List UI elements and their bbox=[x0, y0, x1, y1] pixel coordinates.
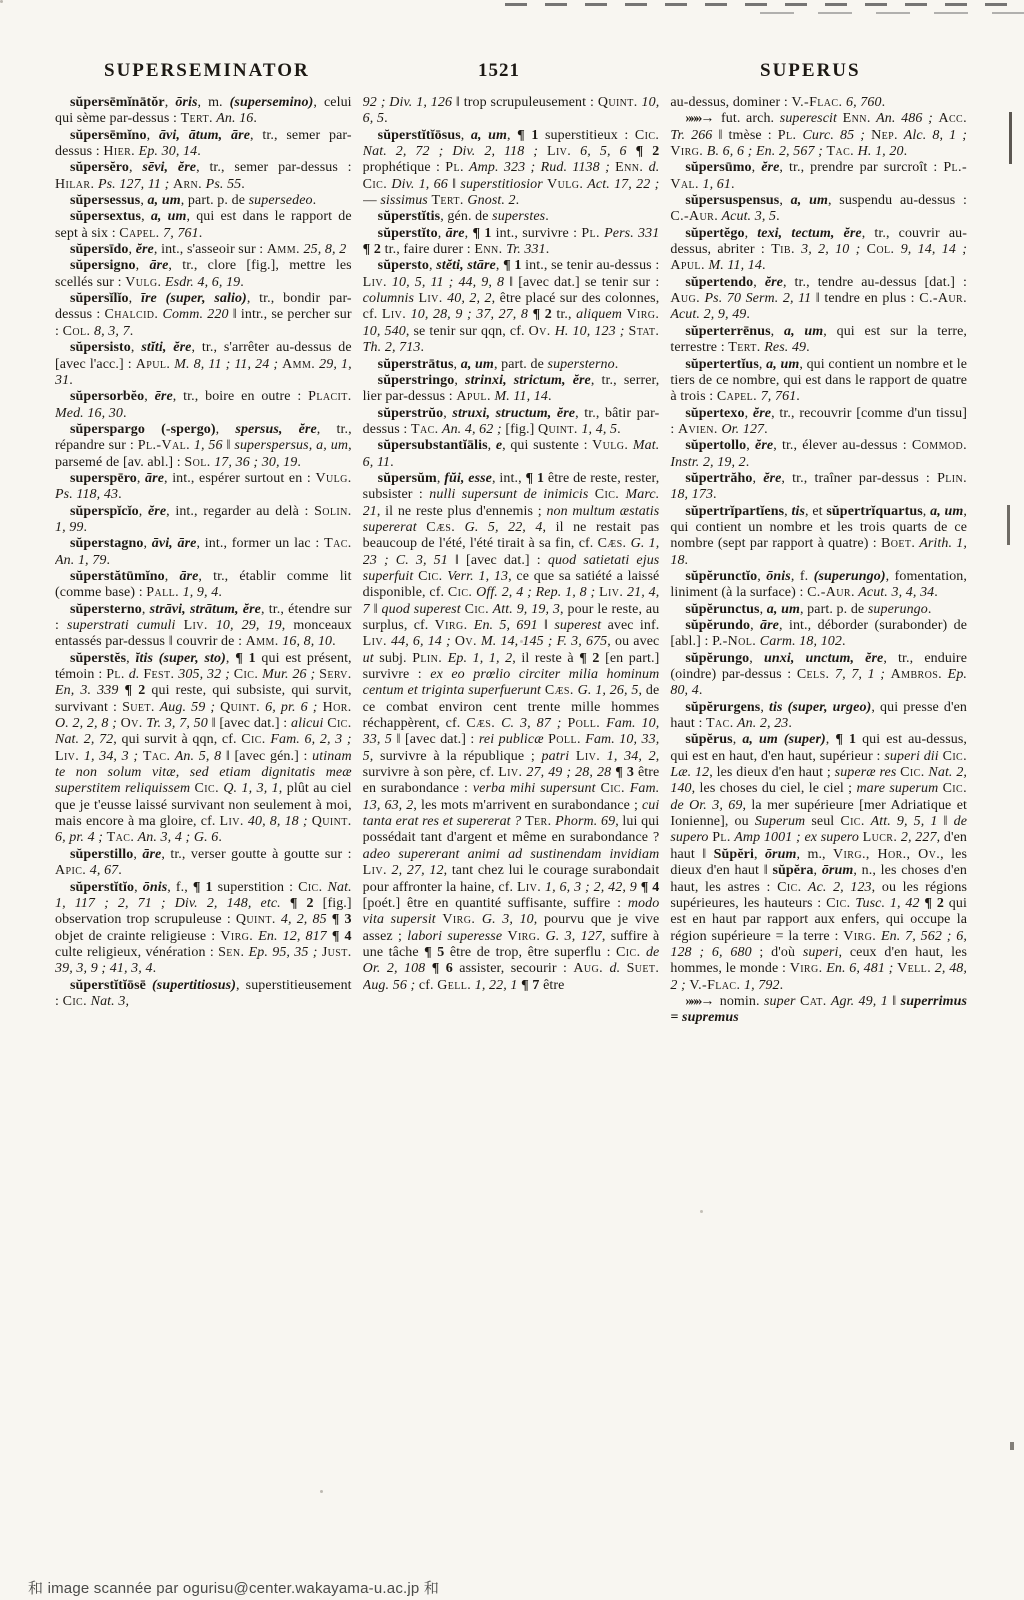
entry-text: a, um bbox=[784, 324, 823, 339]
entry-text: , tr., boire en outre : bbox=[173, 389, 308, 404]
entry-text: , m., bbox=[796, 847, 833, 862]
entry-text: , bbox=[826, 732, 836, 747]
entry-text: Læ. 12 bbox=[670, 765, 709, 780]
entry-text: Liv. bbox=[184, 618, 208, 633]
entry-text: Nat. 2, 72 bbox=[55, 732, 113, 747]
entry-text: 6, 760 bbox=[842, 95, 881, 110]
entry-text: ¶ 3 bbox=[332, 912, 352, 927]
headword: sŭpersēmĭnātŏr bbox=[70, 95, 165, 110]
entry-text: Liv. bbox=[599, 585, 623, 600]
entry-text: ¶ 1 bbox=[193, 880, 213, 895]
entry-text: An. 1, 79 bbox=[55, 553, 106, 568]
entry-text: . bbox=[118, 487, 122, 502]
entry-text: , bbox=[454, 373, 465, 388]
entry-text: 27, 49 ; 28, 28 bbox=[522, 765, 611, 780]
dictionary-entry: sŭpersigno, āre, tr., clore [fig.], mett… bbox=[55, 258, 352, 291]
entry-text: Pall. bbox=[146, 585, 179, 600]
scan-artifact-tick bbox=[1009, 112, 1012, 164]
entry-text: , part. p. de bbox=[181, 193, 249, 208]
entry-text: Plin. bbox=[412, 651, 442, 666]
running-head-last-word: SUPERUS bbox=[760, 60, 861, 82]
entry-text: Cæs. bbox=[545, 683, 574, 698]
entry-text: C. 3, 87 ; bbox=[495, 716, 567, 731]
dictionary-entry: sŭpersessus, a, um, part. p. de supersed… bbox=[55, 193, 352, 209]
entry-text: ¶ 1 bbox=[517, 128, 538, 143]
entry-text: Ov. bbox=[121, 716, 143, 731]
entry-text: , survivre à la république ; bbox=[370, 749, 542, 764]
dictionary-entry: sŭperspargo (-spergo), spersus, ĕre, tr.… bbox=[55, 422, 352, 471]
entry-text: G. 1, 26, 5 bbox=[574, 683, 639, 698]
entry-text: . bbox=[545, 209, 549, 224]
text-columns: sŭpersēmĭnātŏr, ōris, m. (supersemino), … bbox=[55, 95, 967, 1565]
entry-text: Enn. bbox=[474, 242, 502, 257]
entry-text: . bbox=[617, 422, 621, 437]
entry-text: ‖ bbox=[937, 814, 953, 829]
entry-text: être bbox=[540, 978, 565, 993]
headword: sŭpersēmĭno bbox=[70, 128, 147, 143]
entry-text: . bbox=[928, 602, 932, 617]
entry-text: Virg. bbox=[626, 307, 659, 322]
entry-text: ; d'où bbox=[752, 945, 803, 960]
entry-text: Amm. bbox=[267, 242, 300, 257]
entry-text: , les choses du ciel, le ciel ; bbox=[692, 781, 857, 796]
entry-text: Poll. bbox=[548, 732, 581, 747]
entry-text: An. 4, 62 ; bbox=[439, 422, 502, 437]
scan-artifact-dashed-line bbox=[505, 3, 1024, 6]
entry-text: Tr. 266 bbox=[670, 128, 712, 143]
entry-text: , il ne reste plus d'ennemis ; bbox=[377, 504, 547, 519]
entry-text: Med. 16, 30 bbox=[55, 406, 123, 421]
entry-text: Cic. bbox=[363, 177, 387, 192]
dictionary-entry: »»»→ fut. arch. superescit Enn. An. 486 … bbox=[670, 111, 967, 160]
entry-text: , bbox=[784, 504, 791, 519]
entry-text: . bbox=[153, 961, 157, 976]
dictionary-entry: sŭperstĭto, āre, ¶ 1 int., survivre : Pl… bbox=[363, 226, 660, 259]
entry-text: , bbox=[226, 651, 235, 666]
entry-text: 7, 761 bbox=[757, 389, 796, 404]
headword: sŭpertexo bbox=[685, 406, 744, 421]
entry-text: Amp. 323 ; Rud. 1138 ; bbox=[464, 160, 615, 175]
entry-text: Acut. 2, 9, 49 bbox=[670, 307, 746, 322]
entry-text: . bbox=[548, 389, 552, 404]
dictionary-entry: sŭperstringo, strinxi, strictum, ĕre, tr… bbox=[363, 373, 660, 406]
entry-text: , bbox=[771, 324, 784, 339]
entry-text: 1, 792 bbox=[740, 978, 779, 993]
entry-text: Cic. bbox=[943, 749, 967, 764]
entry-text: āvi, ātum, āre bbox=[159, 128, 250, 143]
entry-text: Commod. bbox=[912, 438, 967, 453]
entry-text: . bbox=[123, 406, 127, 421]
entry-text: ‖ [avec dat.] : bbox=[208, 716, 291, 731]
headword: sŭpertollo bbox=[685, 438, 746, 453]
dictionary-entry: sŭpersto, stĕti, stāre, ¶ 1 int., se ten… bbox=[363, 258, 660, 356]
dictionary-entry: sŭpĕrus, a, um (super), ¶ 1 qui est au-d… bbox=[670, 732, 967, 994]
entry-text: ¶ 4 bbox=[641, 880, 660, 895]
entry-text: superstitiosior bbox=[460, 177, 542, 192]
dictionary-entry: sŭperstĭtis, gén. de superstes. bbox=[363, 209, 660, 225]
entry-text: Th. 2, 713 bbox=[363, 340, 421, 355]
entry-text: An. 2, 23 bbox=[734, 716, 789, 731]
entry-text: . bbox=[218, 585, 222, 600]
entry-text: nomin. bbox=[715, 994, 764, 1009]
headword: sŭpertrĭquartus bbox=[826, 504, 922, 519]
entry-text: Cic. bbox=[600, 781, 624, 796]
entry-text: objet de crainte religieuse : bbox=[55, 929, 220, 944]
entry-text: ‖ trop scrupuleusement : bbox=[452, 95, 598, 110]
entry-text: , tr., traîner par-dessus : bbox=[781, 471, 937, 486]
entry-text: 2, 27, 12 bbox=[387, 863, 444, 878]
headword: sŭpĕrungo bbox=[685, 651, 749, 666]
entry-text: , bbox=[779, 193, 790, 208]
entry-text: Quint. bbox=[598, 95, 638, 110]
entry-text: Vulg. bbox=[547, 177, 583, 192]
entry-text: 6, 5, 6 bbox=[571, 144, 626, 159]
entry-text: tr., faire durer : bbox=[381, 242, 474, 257]
entry-text: , bbox=[133, 847, 142, 862]
entry-text: Res. 49 bbox=[761, 340, 807, 355]
entry-text: Cic. bbox=[616, 945, 640, 960]
entry-text: . bbox=[685, 553, 689, 568]
entry-text: , f. bbox=[791, 569, 814, 584]
entry-text: , bbox=[140, 193, 147, 208]
entry-text: . bbox=[776, 209, 780, 224]
entry-text: En, 3. 339 bbox=[55, 683, 118, 698]
entry-text: An. 486 ; bbox=[871, 111, 939, 126]
entry-text: , bbox=[745, 226, 758, 241]
entry-text: ēre bbox=[155, 389, 173, 404]
entry-text: int., survivre : bbox=[491, 226, 581, 241]
entry-text: 7, 7, 1 ; bbox=[829, 667, 890, 682]
entry-text: , bbox=[746, 438, 755, 453]
entry-text: ĕre bbox=[753, 406, 771, 421]
entry-text: , bbox=[754, 847, 765, 862]
dictionary-entry: sŭpersuspensus, a, um, suspendu au-dessu… bbox=[670, 193, 967, 226]
entry-text: M. 11, 14 bbox=[705, 258, 762, 273]
entry-text: , qui survit à qqn, cf. bbox=[113, 732, 241, 747]
entry-text: Tert. bbox=[728, 340, 760, 355]
entry-text: Gell. bbox=[437, 978, 471, 993]
running-head-first-word: SUPERSEMINATOR bbox=[104, 60, 310, 82]
entry-text: Pl.-Val. bbox=[138, 438, 190, 453]
entry-text: ĕre bbox=[765, 275, 783, 290]
entry-text: . bbox=[69, 373, 73, 388]
dictionary-entry: sŭpersēmĭnātŏr, ōris, m. (supersemino), … bbox=[55, 95, 352, 128]
entry-text: Virg. bbox=[843, 929, 876, 944]
entry-text: Fam. 6, 2, 3 ; bbox=[266, 732, 352, 747]
entry-text: . bbox=[842, 634, 846, 649]
entry-text: . bbox=[746, 307, 750, 322]
entry-text: , bbox=[129, 160, 142, 175]
entry-text: Enn. bbox=[843, 111, 871, 126]
headword: Sŭpĕri bbox=[714, 847, 754, 862]
entry-text: Div. 1, 66 bbox=[387, 177, 448, 192]
dictionary-entry: sŭpersēmĭno, āvi, ātum, āre, tr., semer … bbox=[55, 128, 352, 161]
entry-text: Cic. bbox=[195, 781, 219, 796]
entry-text: Cic. bbox=[826, 896, 850, 911]
entry-text: 8, 3, 7 bbox=[90, 324, 129, 339]
headword: sŭperterrēnus bbox=[685, 324, 770, 339]
entry-text: Liv. bbox=[363, 634, 387, 649]
scan-artifact-tick bbox=[1007, 505, 1010, 545]
entry-text: Fest. bbox=[143, 667, 174, 682]
entry-text: , bbox=[454, 357, 461, 372]
entry-text: 40, 2, 2 bbox=[443, 291, 492, 306]
entry-text: Virg. bbox=[507, 929, 540, 944]
headword: sŭpertrĭpartĭens bbox=[685, 504, 784, 519]
headword: sŭpĕrus bbox=[685, 732, 732, 747]
entry-text: Acut. 3, 5 bbox=[718, 209, 776, 224]
dictionary-entry: sŭpersextus, a, um, qui est dans le rapp… bbox=[55, 209, 352, 242]
entry-text: Vulg. bbox=[316, 471, 352, 486]
dictionary-entry: sŭpĕrundo, āre, int., déborder (surabond… bbox=[670, 618, 967, 651]
entry-text: Hier. bbox=[103, 144, 135, 159]
entry-text: , bbox=[750, 618, 760, 633]
entry-text: Cic. bbox=[840, 814, 864, 829]
entry-text: Cic. bbox=[234, 667, 258, 682]
entry-text: 40, 8, 18 ; bbox=[244, 814, 312, 829]
entry-text: struxi, structum, ĕre bbox=[452, 406, 575, 421]
headword: superspēro bbox=[70, 471, 137, 486]
entry-text: , qui sustente : bbox=[502, 438, 592, 453]
entry-text: Liv. bbox=[55, 749, 79, 764]
entry-text: . bbox=[199, 226, 203, 241]
entry-text: Virg. bbox=[220, 929, 253, 944]
headword: sŭpĕrunctus bbox=[685, 602, 759, 617]
entry-text: Apul. bbox=[670, 258, 705, 273]
entry-text bbox=[627, 144, 636, 159]
entry-text: de Or. 3, 69 bbox=[670, 798, 742, 813]
entry-text: An. 16 bbox=[213, 111, 254, 126]
entry-text: Liv. bbox=[220, 814, 244, 829]
entry-text: En. 6, 481 ; bbox=[823, 961, 898, 976]
entry-text: O. 2, 2, 8 ; bbox=[55, 716, 121, 731]
entry-text: Pl. bbox=[712, 830, 731, 845]
entry-text: ¶ 5 bbox=[424, 945, 444, 960]
entry-text: G. 5, 22, 4 bbox=[455, 520, 542, 535]
entry-text: seul bbox=[805, 814, 840, 829]
entry-text: alicui bbox=[291, 716, 323, 731]
entry-text: . bbox=[390, 455, 394, 470]
column-1: sŭpersēmĭnātŏr, ōris, m. (supersemino), … bbox=[55, 95, 352, 1565]
entry-text: Ambros. bbox=[891, 667, 942, 682]
entry-text: texi, tectum, ĕre bbox=[757, 226, 861, 241]
entry-text: āre bbox=[446, 226, 465, 241]
entry-text: (supertitiosus) bbox=[152, 978, 236, 993]
scan-artifact-tick bbox=[1010, 1442, 1014, 1450]
entry-text: adeo supererant animi ad sustinendam inv… bbox=[363, 847, 660, 862]
entry-text: Just. bbox=[322, 945, 352, 960]
entry-text: Cic. bbox=[418, 569, 442, 584]
entry-text: . bbox=[764, 422, 768, 437]
entry-text: Acc. bbox=[938, 111, 967, 126]
entry-text: . bbox=[904, 144, 908, 159]
entry-text: ¶ 3 bbox=[615, 765, 634, 780]
entry-text: ¶ 2 bbox=[125, 683, 146, 698]
scan-artifact-speck bbox=[0, 0, 3, 3]
entry-text: Ps. 118, 43 bbox=[55, 487, 118, 502]
entry-text: Hilar. bbox=[55, 177, 94, 192]
entry-text: ‖ tendre en plus : bbox=[811, 291, 919, 306]
entry-text: Lucr. bbox=[863, 830, 898, 845]
headword: sŭpersigno bbox=[70, 258, 136, 273]
entry-text: , bbox=[129, 291, 141, 306]
entry-text: Capel. bbox=[717, 389, 757, 404]
headword: sŭpersuspensus bbox=[685, 193, 779, 208]
entry-text: 1, 22, 1 bbox=[471, 978, 517, 993]
entry-text: superi bbox=[803, 945, 839, 960]
entry-text: d. bbox=[643, 160, 659, 175]
entry-text bbox=[176, 618, 184, 633]
entry-text: Nat. 2, 72 ; Div. 2, 118 ; bbox=[363, 144, 547, 159]
entry-text: 92 ; Div. 1, 126 bbox=[363, 95, 452, 110]
remark-arrow-icon: »»»→ bbox=[685, 994, 715, 1009]
entry-text: . bbox=[731, 177, 735, 192]
entry-text: superstrati cumuli bbox=[67, 618, 176, 633]
entry-text: d. bbox=[125, 667, 143, 682]
entry-text: Cic. bbox=[63, 994, 87, 1009]
dictionary-entry: sŭpersīdo, ĕre, int., s'asseoir sur : Am… bbox=[55, 242, 352, 258]
entry-text: G. 3, 10 bbox=[475, 912, 534, 927]
entry-text: ¶ 1 bbox=[235, 651, 256, 666]
entry-text: Amp 1001 ; bbox=[731, 830, 801, 845]
entry-text: , bbox=[165, 569, 180, 584]
entry-text: C.-Aur. bbox=[670, 209, 718, 224]
entry-text: columnis bbox=[363, 291, 414, 306]
entry-text: C.-Aur. bbox=[807, 585, 855, 600]
entry-text: H. 1, 20 bbox=[854, 144, 904, 159]
entry-text: Stat. bbox=[629, 324, 660, 339]
entry-text: int., se tenir au-dessus : bbox=[522, 258, 660, 273]
entry-text: , bbox=[139, 504, 148, 519]
entry-text: Hor. bbox=[323, 700, 352, 715]
dictionary-entry: sŭpersorbĕo, ēre, tr., boire en outre : … bbox=[55, 389, 352, 422]
entry-text: 10, 540 bbox=[363, 324, 406, 339]
entry-text: ĕre bbox=[763, 471, 781, 486]
entry-text: — bbox=[363, 193, 381, 208]
dictionary-entry: sŭpĕrunctus, a, um, part. p. de superung… bbox=[670, 602, 967, 618]
entry-text: Aug. bbox=[573, 961, 603, 976]
dictionary-entry: sŭpertexo, ĕre, tr., recouvrir [comme d'… bbox=[670, 406, 967, 439]
dictionary-entry: 92 ; Div. 1, 126 ‖ trop scrupuleusement … bbox=[363, 95, 660, 128]
entry-text: prophétique : bbox=[363, 160, 446, 175]
entry-text: Comm. 220 bbox=[158, 307, 228, 322]
entry-text: Ac. 2, 123 bbox=[802, 880, 872, 895]
entry-text: 44, 6, 14 ; bbox=[387, 634, 455, 649]
dictionary-entry: sŭpersūmo, ĕre, tr., prendre par surcroî… bbox=[670, 160, 967, 193]
entry-text: ōnis bbox=[143, 880, 168, 895]
entry-text: ōrum bbox=[822, 863, 854, 878]
entry-text: Quint. bbox=[220, 700, 260, 715]
headword: sŭperstrātus bbox=[378, 357, 454, 372]
entry-text: a, um bbox=[148, 193, 181, 208]
entry-text: . bbox=[746, 455, 750, 470]
entry-text: 6, pr. 4 ; bbox=[55, 830, 107, 845]
entry-text: Att. 9, 5, 1 bbox=[865, 814, 938, 829]
entry-text: ¶ 7 bbox=[521, 978, 539, 993]
entry-text: Cels. bbox=[797, 667, 830, 682]
entry-text: 25, 8, 2 bbox=[300, 242, 346, 257]
entry-text: superæ res bbox=[835, 765, 897, 780]
entry-text: Liv. bbox=[363, 863, 387, 878]
entry-text: Cic. bbox=[327, 716, 351, 731]
entry-text: . bbox=[297, 455, 301, 470]
entry-text: , bbox=[461, 128, 471, 143]
entry-text: ¶ 1 bbox=[526, 471, 545, 486]
entry-text: Cic. bbox=[465, 602, 489, 617]
headword: sŭpersīdo bbox=[70, 242, 128, 257]
entry-text: Col. bbox=[63, 324, 91, 339]
entry-text: , bbox=[144, 389, 154, 404]
entry-text: assister, secourir : bbox=[453, 961, 574, 976]
entry-text: , les dieux d'en haut ; bbox=[709, 765, 834, 780]
scan-artifact-dashed-line bbox=[760, 12, 1024, 14]
entry-text: Plin. bbox=[937, 471, 967, 486]
entry-text: Avien. bbox=[678, 422, 718, 437]
headword: sŭperstĭto bbox=[378, 226, 438, 241]
entry-text: , f., bbox=[167, 880, 193, 895]
entry-text: āre bbox=[145, 471, 164, 486]
entry-text: . bbox=[118, 863, 122, 878]
dictionary-entry: superspēro, āre, int., espérer surtout e… bbox=[55, 471, 352, 504]
entry-text: Tr. 331 bbox=[503, 242, 546, 257]
entry-text: An. 3, 4 ; G. 6 bbox=[134, 830, 218, 845]
entry-text: . bbox=[84, 520, 88, 535]
entry-text: Nep. bbox=[871, 128, 898, 143]
entry-text: āre bbox=[149, 258, 168, 273]
entry-text: , tr., verser goutte à goutte sur : bbox=[161, 847, 351, 862]
headword: sŭpersĭlĭo bbox=[70, 291, 129, 306]
entry-text: Ps. 70 Serm. 2, 11 bbox=[700, 291, 811, 306]
entry-text: Carm. 18, 102 bbox=[756, 634, 842, 649]
entry-text: Att. 9, 19, 3 bbox=[489, 602, 560, 617]
entry-text: a, um bbox=[471, 128, 507, 143]
entry-text: M. 11, 14 bbox=[491, 389, 548, 404]
entry-text: Or. 127 bbox=[718, 422, 764, 437]
entry-text: Cic. bbox=[777, 880, 801, 895]
headword: sŭperstillo bbox=[70, 847, 133, 862]
entry-text: ¶ 1 bbox=[472, 226, 491, 241]
entry-text: . bbox=[313, 193, 317, 208]
entry-text: Pers. 331 bbox=[600, 226, 659, 241]
dictionary-entry: sŭperspĭcĭo, ĕre, int., regarder au delà… bbox=[55, 504, 352, 537]
headword: sŭpertĕgo bbox=[685, 226, 744, 241]
entry-text: nulli supersunt de inimicis bbox=[429, 487, 588, 502]
entry-text: , int., regarder au delà : bbox=[166, 504, 314, 519]
entry-text: Boet. bbox=[881, 536, 915, 551]
entry-text: G. 3, 127 bbox=[540, 929, 602, 944]
entry-text: . bbox=[106, 553, 110, 568]
dictionary-entry: sŭpersubstantĭālis, e, qui sustente : Vu… bbox=[363, 438, 660, 471]
entry-text: En. 5, 691 bbox=[468, 618, 538, 633]
entry-text: , int., s'asseoir sur : bbox=[154, 242, 267, 257]
headword: sŭperspĭcĭo bbox=[70, 504, 139, 519]
headword: sŭpĕrundo bbox=[685, 618, 750, 633]
dictionary-entry: sŭpertĕgo, texi, tectum, ĕre, tr., couvr… bbox=[670, 226, 967, 275]
entry-text: spersus, ĕre bbox=[235, 422, 316, 437]
entry-text bbox=[281, 896, 290, 911]
entry-text: , bbox=[165, 95, 176, 110]
entry-text: 305, 32 ; bbox=[174, 667, 233, 682]
entry-text: Vell. bbox=[897, 961, 931, 976]
entry-text: 1, 6, 3 ; 2, 42, 9 bbox=[541, 880, 637, 895]
dictionary-entry: sŭperstătūmĭno, āre, tr., établir comme … bbox=[55, 569, 352, 602]
dictionary-entry: sŭperstĭtĭo, ōnis, f., ¶ 1 superstition … bbox=[55, 880, 352, 978]
entry-text: superstitieux : bbox=[538, 128, 634, 143]
entry-text: 2, 227 bbox=[897, 830, 936, 845]
headword: sŭpersubstantĭālis bbox=[378, 438, 488, 453]
entry-text: āre bbox=[142, 847, 161, 862]
entry-text: ‖ [avec gén.] : bbox=[221, 749, 312, 764]
